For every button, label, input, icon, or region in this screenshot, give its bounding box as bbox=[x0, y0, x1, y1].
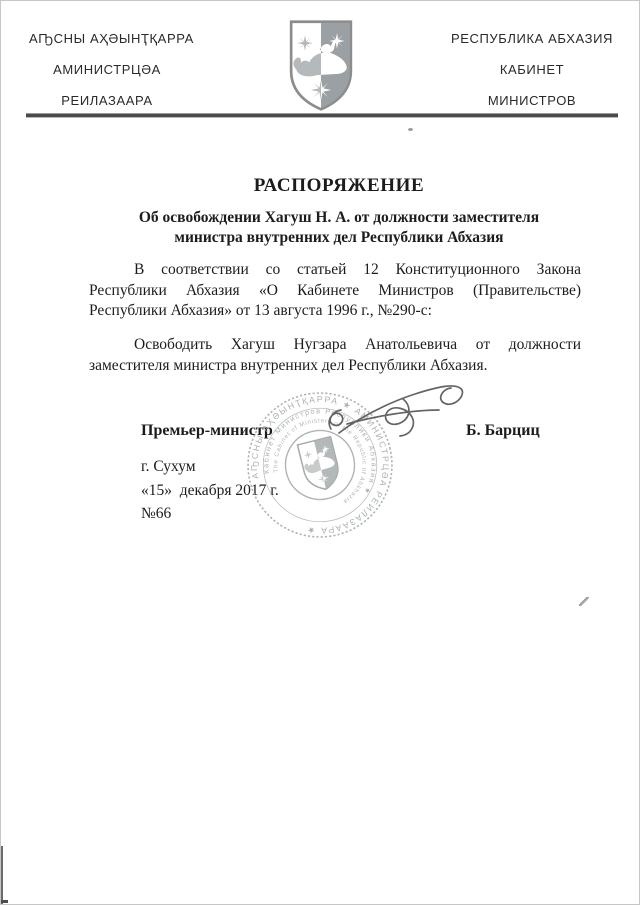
letterhead-russian-line1: РЕСПУБЛИКА АБХАЗИЯ bbox=[447, 23, 617, 54]
scan-speck bbox=[408, 128, 413, 131]
letterhead-abkhaz-line1: АҦСНЫ АҲӘЫНҬҚАРРА bbox=[29, 23, 185, 54]
body-paragraph-preamble: В соответствии со статьей 12 Конституцио… bbox=[89, 260, 581, 322]
scan-corner-mark bbox=[1, 900, 8, 903]
scanned-document-page: АҦСНЫ АҲӘЫНҬҚАРРА АМИНИСТРЦӘА РЕИЛАЗААРА… bbox=[0, 0, 640, 905]
issue-city: г. Сухум bbox=[141, 458, 196, 476]
document-number: №66 bbox=[141, 505, 171, 523]
scan-smudge bbox=[579, 597, 589, 606]
header-divider bbox=[26, 113, 618, 118]
letterhead-abkhaz-line2: АМИНИСТРЦӘА bbox=[29, 54, 185, 85]
letterhead-abkhaz-line3: РЕИЛАЗААРА bbox=[29, 85, 185, 116]
letterhead-russian-line2: КАБИНЕТ bbox=[447, 54, 617, 85]
coat-of-arms-icon bbox=[289, 18, 353, 113]
letterhead-russian-line3: МИНИСТРОВ bbox=[447, 85, 617, 116]
document-subject-line1: Об освобождении Хагуш Н. А. от должности… bbox=[89, 208, 589, 228]
scan-edge-shadow bbox=[1, 846, 3, 904]
letterhead-russian: РЕСПУБЛИКА АБХАЗИЯ КАБИНЕТ МИНИСТРОВ bbox=[447, 23, 617, 116]
document-subject-line2: министра внутренних дел Республики Абхаз… bbox=[89, 228, 589, 248]
document-title: РАСПОРЯЖЕНИЕ bbox=[89, 175, 589, 197]
body-paragraph-resolution: Освободить Хагуш Нугзара Анатольевича от… bbox=[89, 335, 581, 376]
letterhead-abkhaz: АҦСНЫ АҲӘЫНҬҚАРРА АМИНИСТРЦӘА РЕИЛАЗААРА bbox=[29, 23, 185, 116]
handwritten-signature bbox=[317, 377, 481, 453]
document-subject: Об освобождении Хагуш Н. А. от должности… bbox=[89, 208, 589, 248]
